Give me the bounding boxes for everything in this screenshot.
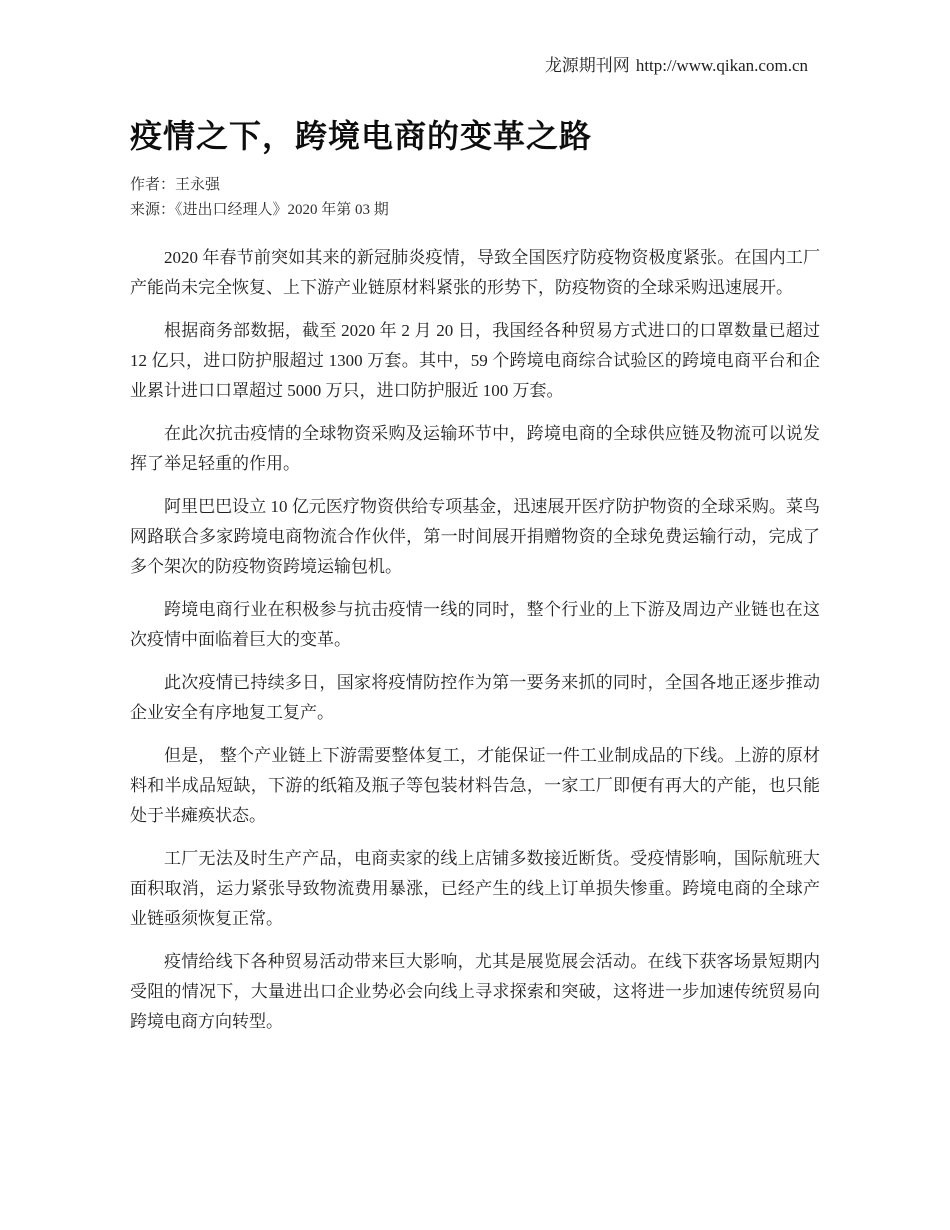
site-name: 龙源期刊网: [545, 56, 630, 75]
paragraph: 在此次抗击疫情的全球物资采购及运输环节中，跨境电商的全球供应链及物流可以说发挥了…: [130, 419, 820, 479]
paragraph: 阿里巴巴设立 10 亿元医疗物资供给专项基金，迅速展开医疗防护物资的全球采购。菜…: [130, 492, 820, 582]
source-label: 来源：: [130, 202, 175, 218]
source-line: 来源：《进出口经理人》2020 年第 03 期: [130, 198, 820, 223]
document-page: 龙源期刊网http://www.qikan.com.cn 疫情之下，跨境电商的变…: [0, 0, 950, 1230]
article-body: 2020 年春节前突如其来的新冠肺炎疫情，导致全国医疗防疫物资极度紧张。在国内工…: [130, 243, 820, 1037]
paragraph: 但是， 整个产业链上下游需要整体复工，才能保证一件工业制成品的下线。上游的原材料…: [130, 741, 820, 831]
paragraph: 跨境电商行业在积极参与抗击疫情一线的同时，整个行业的上下游及周边产业链也在这次疫…: [130, 595, 820, 655]
source-name: 《进出口经理人》2020 年第 03 期: [175, 202, 389, 218]
site-url: http://www.qikan.com.cn: [636, 56, 808, 75]
article-meta: 作者：王永强 来源：《进出口经理人》2020 年第 03 期: [130, 173, 820, 223]
site-header: 龙源期刊网http://www.qikan.com.cn: [130, 56, 820, 76]
paragraph: 工厂无法及时生产产品，电商卖家的线上店铺多数接近断货。受疫情影响，国际航班大面积…: [130, 844, 820, 934]
paragraph: 此次疫情已持续多日，国家将疫情防控作为第一要务来抓的同时，全国各地正逐步推动企业…: [130, 668, 820, 728]
paragraph: 根据商务部数据，截至 2020 年 2 月 20 日，我国经各种贸易方式进口的口…: [130, 316, 820, 406]
paragraph: 2020 年春节前突如其来的新冠肺炎疫情，导致全国医疗防疫物资极度紧张。在国内工…: [130, 243, 820, 303]
article-title: 疫情之下，跨境电商的变革之路: [130, 115, 820, 157]
paragraph: 疫情给线下各种贸易活动带来巨大影响，尤其是展览展会活动。在线下获客场景短期内受阻…: [130, 947, 820, 1037]
author-name: 王永强: [175, 177, 220, 193]
author-label: 作者：: [130, 177, 175, 193]
author-line: 作者：王永强: [130, 173, 820, 198]
